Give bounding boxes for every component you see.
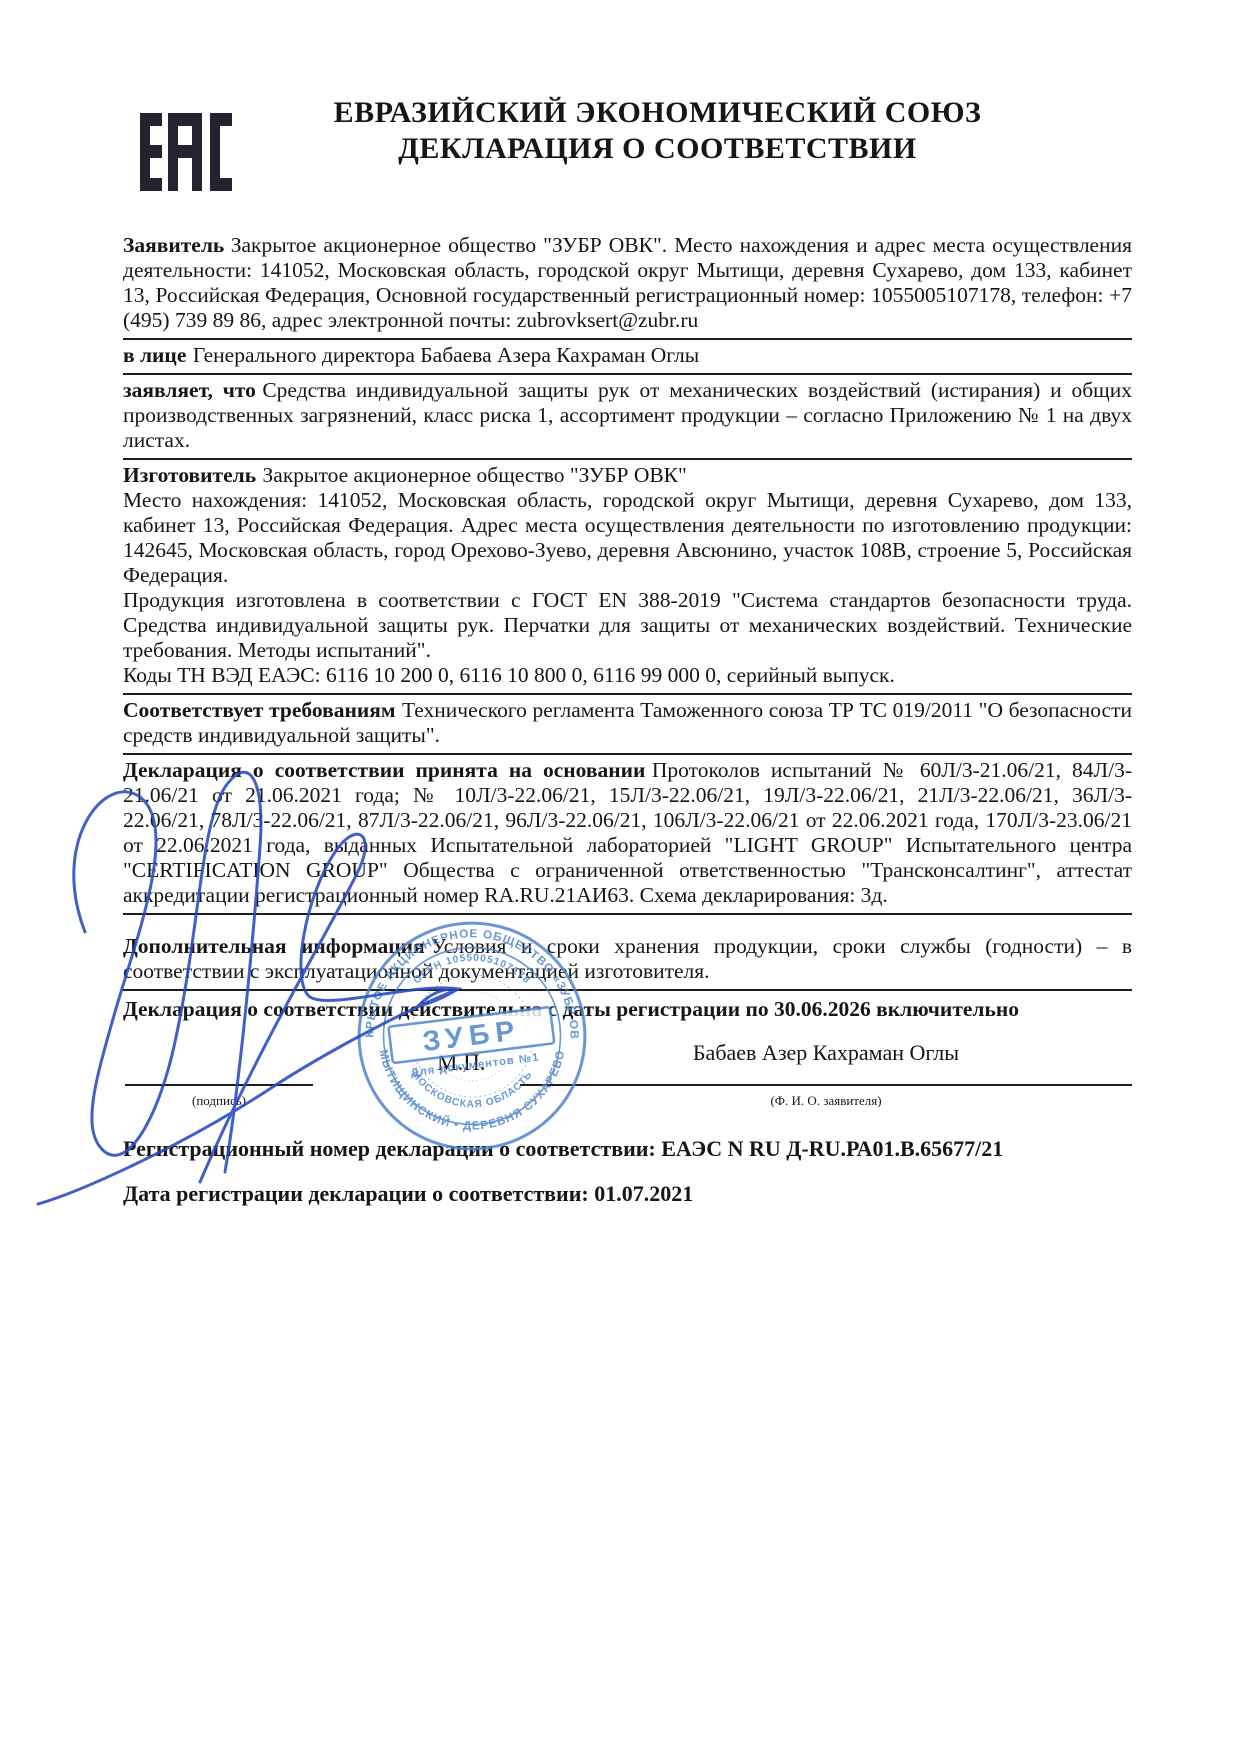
title-line-1: ЕВРАЗИЙСКИЙ ЭКОНОМИЧЕСКИЙ СОЮЗ: [183, 95, 1132, 131]
manufacturer-address: Место нахождения: 141052, Московская обл…: [123, 488, 1132, 588]
eac-logo-icon: [140, 113, 232, 191]
declares-text: Средства индивидуальной защиты рук от ме…: [123, 378, 1132, 452]
person-label: в лице: [123, 343, 186, 367]
declares-label: заявляет, что: [123, 378, 256, 402]
document-header: ЕВРАЗИЙСКИЙ ЭКОНОМИЧЕСКИЙ СОЮЗ ДЕКЛАРАЦИ…: [123, 95, 1132, 167]
title-line-2: ДЕКЛАРАЦИЯ О СООТВЕТСТВИИ: [183, 131, 1132, 167]
manufacturer-name: Закрытое акционерное общество "ЗУБР ОВК": [263, 463, 687, 487]
handwritten-signature: [10, 752, 490, 1222]
person-section: в лицеГенерального директора Бабаева Азе…: [123, 340, 1132, 375]
applicant-section: ЗаявительЗакрытое акционерное общество "…: [123, 230, 1132, 340]
manufacturer-standard: Продукция изготовлена в соответствии с Г…: [123, 588, 1132, 663]
complies-label: Соответствует требованиям: [123, 698, 396, 722]
complies-section: Соответствует требованиямТехнического ре…: [123, 695, 1132, 755]
manufacturer-section: ИзготовительЗакрытое акционерное обществ…: [123, 460, 1132, 695]
person-text: Генерального директора Бабаева Азера Ках…: [193, 343, 699, 367]
declaration-document: ЕВРАЗИЙСКИЙ ЭКОНОМИЧЕСКИЙ СОЮЗ ДЕКЛАРАЦИ…: [0, 0, 1240, 1754]
applicant-text: Закрытое акционерное общество "ЗУБР ОВК"…: [123, 233, 1132, 332]
fio-caption: (Ф. И. О. заявителя): [520, 1088, 1132, 1113]
manufacturer-label: Изготовитель: [123, 463, 256, 487]
manufacturer-codes: Коды ТН ВЭД ЕАЭС: 6116 10 200 0, 6116 10…: [123, 663, 1132, 688]
applicant-fio: Бабаев Азер Кахраман Оглы: [520, 1040, 1132, 1065]
declares-section: заявляет, чтоСредства индивидуальной защ…: [123, 375, 1132, 460]
applicant-label: Заявитель: [123, 233, 224, 257]
fio-line: [520, 1084, 1132, 1086]
